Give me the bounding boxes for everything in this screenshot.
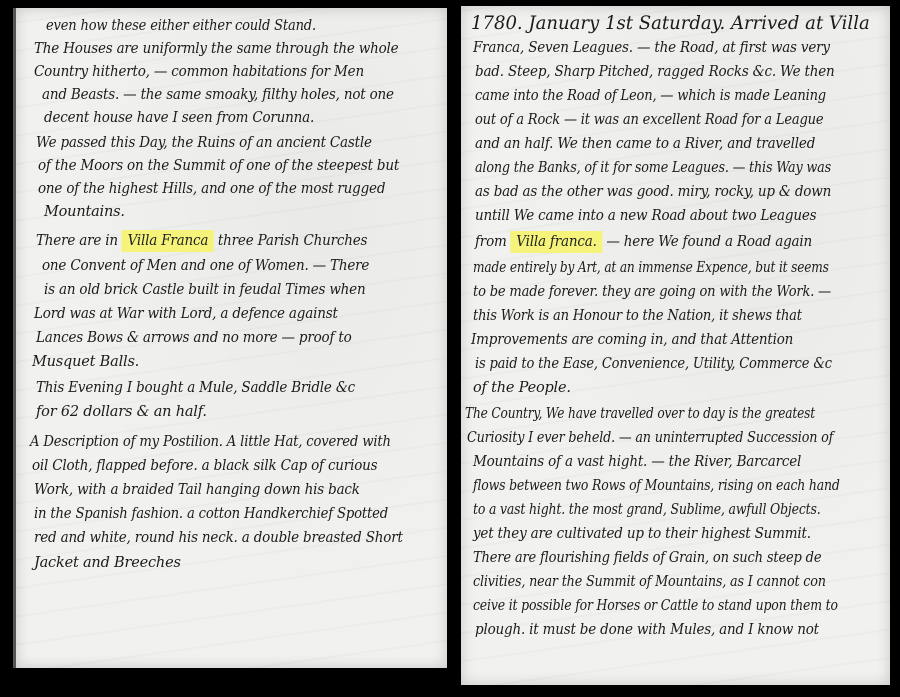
manuscript-line: clivities, near the Summit of Mountains,…	[473, 574, 826, 590]
line-text: to be made forever. they are going on wi…	[473, 284, 831, 300]
highlighted-place-name: Villa Franca	[122, 230, 214, 252]
line-text: ceive it possible for Horses or Cattle t…	[473, 598, 838, 614]
line-text: even how these either either could Stand…	[46, 18, 316, 34]
manuscript-line: is paid to the Ease, Convenience, Utilit…	[475, 356, 832, 372]
manuscript-line: Lord was at War with Lord, a defence aga…	[34, 306, 338, 322]
line-text: for 62 dollars & an half.	[36, 404, 207, 420]
line-text: The Country, We have travelled over to d…	[465, 406, 815, 422]
line-text: and Beasts. — the same smoaky, filthy ho…	[42, 87, 394, 103]
line-text: made entirely by Art, at an immense Expe…	[473, 260, 829, 276]
line-text: from	[475, 234, 511, 250]
line-text: Mountains.	[44, 204, 125, 220]
line-text: decent house have I seen from Corunna.	[44, 110, 314, 126]
line-text: There are flourishing fields of Grain, o…	[473, 550, 821, 566]
manuscript-line: and Beasts. — the same smoaky, filthy ho…	[42, 87, 394, 103]
manuscript-line: along the Banks, of it for some Leagues.…	[475, 160, 831, 176]
manuscript-line: to be made forever. they are going on wi…	[473, 284, 831, 300]
manuscript-line: Jacket and Breeches	[34, 555, 181, 571]
line-text: We passed this Day, the Ruins of an anci…	[36, 135, 372, 151]
manuscript-line: of the Moors on the Summit of one of the…	[38, 158, 399, 174]
line-text: This Evening I bought a Mule, Saddle Bri…	[36, 380, 355, 396]
line-text: in the Spanish fashion. a cotton Handker…	[34, 506, 388, 522]
line-text: There are in	[36, 233, 122, 249]
manuscript-line: out of a Rock — it was an excellent Road…	[475, 112, 823, 128]
manuscript-line: even how these either either could Stand…	[46, 18, 316, 34]
manuscript-line: this Work is an Honour to the Nation, it…	[473, 308, 802, 324]
line-text: Improvements are coming in, and that Att…	[471, 332, 793, 348]
line-text: and an half. We then came to a River, an…	[475, 136, 815, 152]
manuscript-line: Mountains of a vast hight. — the River, …	[473, 454, 801, 470]
line-text: this Work is an Honour to the Nation, it…	[473, 308, 802, 324]
manuscript-line: flows between two Rows of Mountains, ris…	[473, 478, 840, 494]
manuscript-line: bad. Steep, Sharp Pitched, ragged Rocks …	[475, 64, 835, 80]
line-text: one of the highest Hills, and one of the…	[38, 181, 385, 197]
manuscript-line: Franca, Seven Leagues. — the Road, at fi…	[473, 40, 830, 56]
line-text: bad. Steep, Sharp Pitched, ragged Rocks …	[475, 64, 835, 80]
line-text: Mountains of a vast hight. — the River, …	[473, 454, 801, 470]
manuscript-line: decent house have I seen from Corunna.	[44, 110, 314, 126]
line-text: Franca, Seven Leagues. — the Road, at fi…	[473, 40, 830, 56]
manuscript-line: is an old brick Castle built in feudal T…	[44, 282, 365, 298]
manuscript-line: There are flourishing fields of Grain, o…	[473, 550, 821, 566]
manuscript-line: Curiosity I ever beheld. — an uninterrup…	[467, 430, 833, 446]
manuscript-line: untill We came into a new Road about two…	[475, 208, 816, 224]
manuscript-line: from Villa franca. — here We found a Roa…	[475, 234, 812, 250]
manuscript-line: Musquet Balls.	[32, 354, 139, 370]
manuscript-line: made entirely by Art, at an immense Expe…	[473, 260, 829, 276]
manuscript-line: 1780. January 1st Saturday. Arrived at V…	[471, 12, 870, 34]
line-text: is an old brick Castle built in feudal T…	[44, 282, 365, 298]
manuscript-line: The Houses are uniformly the same throug…	[34, 41, 398, 57]
manuscript-line: one of the highest Hills, and one of the…	[38, 181, 385, 197]
manuscript-line: in the Spanish fashion. a cotton Handker…	[34, 506, 388, 522]
manuscript-line: A Description of my Postilion. A little …	[30, 434, 391, 450]
manuscript-line: for 62 dollars & an half.	[36, 404, 207, 420]
manuscript-line: to a vast hight. the most grand, Sublime…	[473, 502, 820, 518]
line-text: red and white, round his neck. a double …	[34, 530, 403, 546]
line-text: along the Banks, of it for some Leagues.…	[475, 160, 831, 176]
line-text: yet they are cultivated up to their high…	[473, 526, 811, 542]
manuscript-line: Work, with a braided Tail hanging down h…	[34, 482, 360, 498]
line-text: untill We came into a new Road about two…	[475, 208, 816, 224]
highlighted-place-name: Villa franca.	[511, 231, 603, 253]
manuscript-line: Improvements are coming in, and that Att…	[471, 332, 793, 348]
line-text: Curiosity I ever beheld. — an uninterrup…	[467, 430, 833, 446]
line-text: Lord was at War with Lord, a defence aga…	[34, 306, 338, 322]
manuscript-line: The Country, We have travelled over to d…	[465, 406, 815, 422]
line-text: The Houses are uniformly the same throug…	[34, 41, 398, 57]
manuscript-line: of the People.	[473, 380, 571, 396]
manuscript-line: Mountains.	[44, 204, 125, 220]
line-text: came into the Road of Leon, — which is m…	[475, 88, 826, 104]
line-text: Musquet Balls.	[32, 354, 139, 370]
manuscript-line: ceive it possible for Horses or Cattle t…	[473, 598, 838, 614]
manuscript-line: plough. it must be done with Mules, and …	[475, 622, 819, 638]
line-text: clivities, near the Summit of Mountains,…	[473, 574, 826, 590]
line-text: three Parish Churches	[214, 233, 367, 249]
manuscript-line: one Convent of Men and one of Women. — T…	[42, 258, 369, 274]
manuscript-line: as bad as the other was good. miry, rock…	[475, 184, 831, 200]
manuscript-line: There are in Villa Franca three Parish C…	[36, 233, 367, 249]
line-text: 1780. January 1st Saturday. Arrived at V…	[471, 12, 870, 34]
line-text: Jacket and Breeches	[34, 555, 181, 571]
manuscript-line: Lances Bows & arrows and no more — proof…	[36, 330, 352, 346]
manuscript-line: red and white, round his neck. a double …	[34, 530, 403, 546]
line-text: to a vast hight. the most grand, Sublime…	[473, 502, 820, 518]
line-text: Lances Bows & arrows and no more — proof…	[36, 330, 352, 346]
line-text: — here We found a Road again	[602, 234, 812, 250]
left-manuscript-page: even how these either either could Stand…	[13, 8, 447, 668]
line-text: of the People.	[473, 380, 571, 396]
manuscript-line: oil Cloth, flapped before. a black silk …	[32, 458, 377, 474]
manuscript-line: came into the Road of Leon, — which is m…	[475, 88, 826, 104]
line-text: one Convent of Men and one of Women. — T…	[42, 258, 369, 274]
manuscript-line: We passed this Day, the Ruins of an anci…	[36, 135, 372, 151]
manuscript-line: yet they are cultivated up to their high…	[473, 526, 811, 542]
manuscript-line: This Evening I bought a Mule, Saddle Bri…	[36, 380, 355, 396]
line-text: flows between two Rows of Mountains, ris…	[473, 478, 840, 494]
line-text: plough. it must be done with Mules, and …	[475, 622, 819, 638]
line-text: Work, with a braided Tail hanging down h…	[34, 482, 360, 498]
manuscript-line: and an half. We then came to a River, an…	[475, 136, 815, 152]
line-text: is paid to the Ease, Convenience, Utilit…	[475, 356, 832, 372]
line-text: as bad as the other was good. miry, rock…	[475, 184, 831, 200]
right-manuscript-page: 1780. January 1st Saturday. Arrived at V…	[461, 6, 890, 685]
line-text: out of a Rock — it was an excellent Road…	[475, 112, 823, 128]
line-text: A Description of my Postilion. A little …	[30, 434, 391, 450]
line-text: Country hitherto, — common habitations f…	[34, 64, 364, 80]
manuscript-line: Country hitherto, — common habitations f…	[34, 64, 364, 80]
line-text: of the Moors on the Summit of one of the…	[38, 158, 399, 174]
line-text: oil Cloth, flapped before. a black silk …	[32, 458, 377, 474]
